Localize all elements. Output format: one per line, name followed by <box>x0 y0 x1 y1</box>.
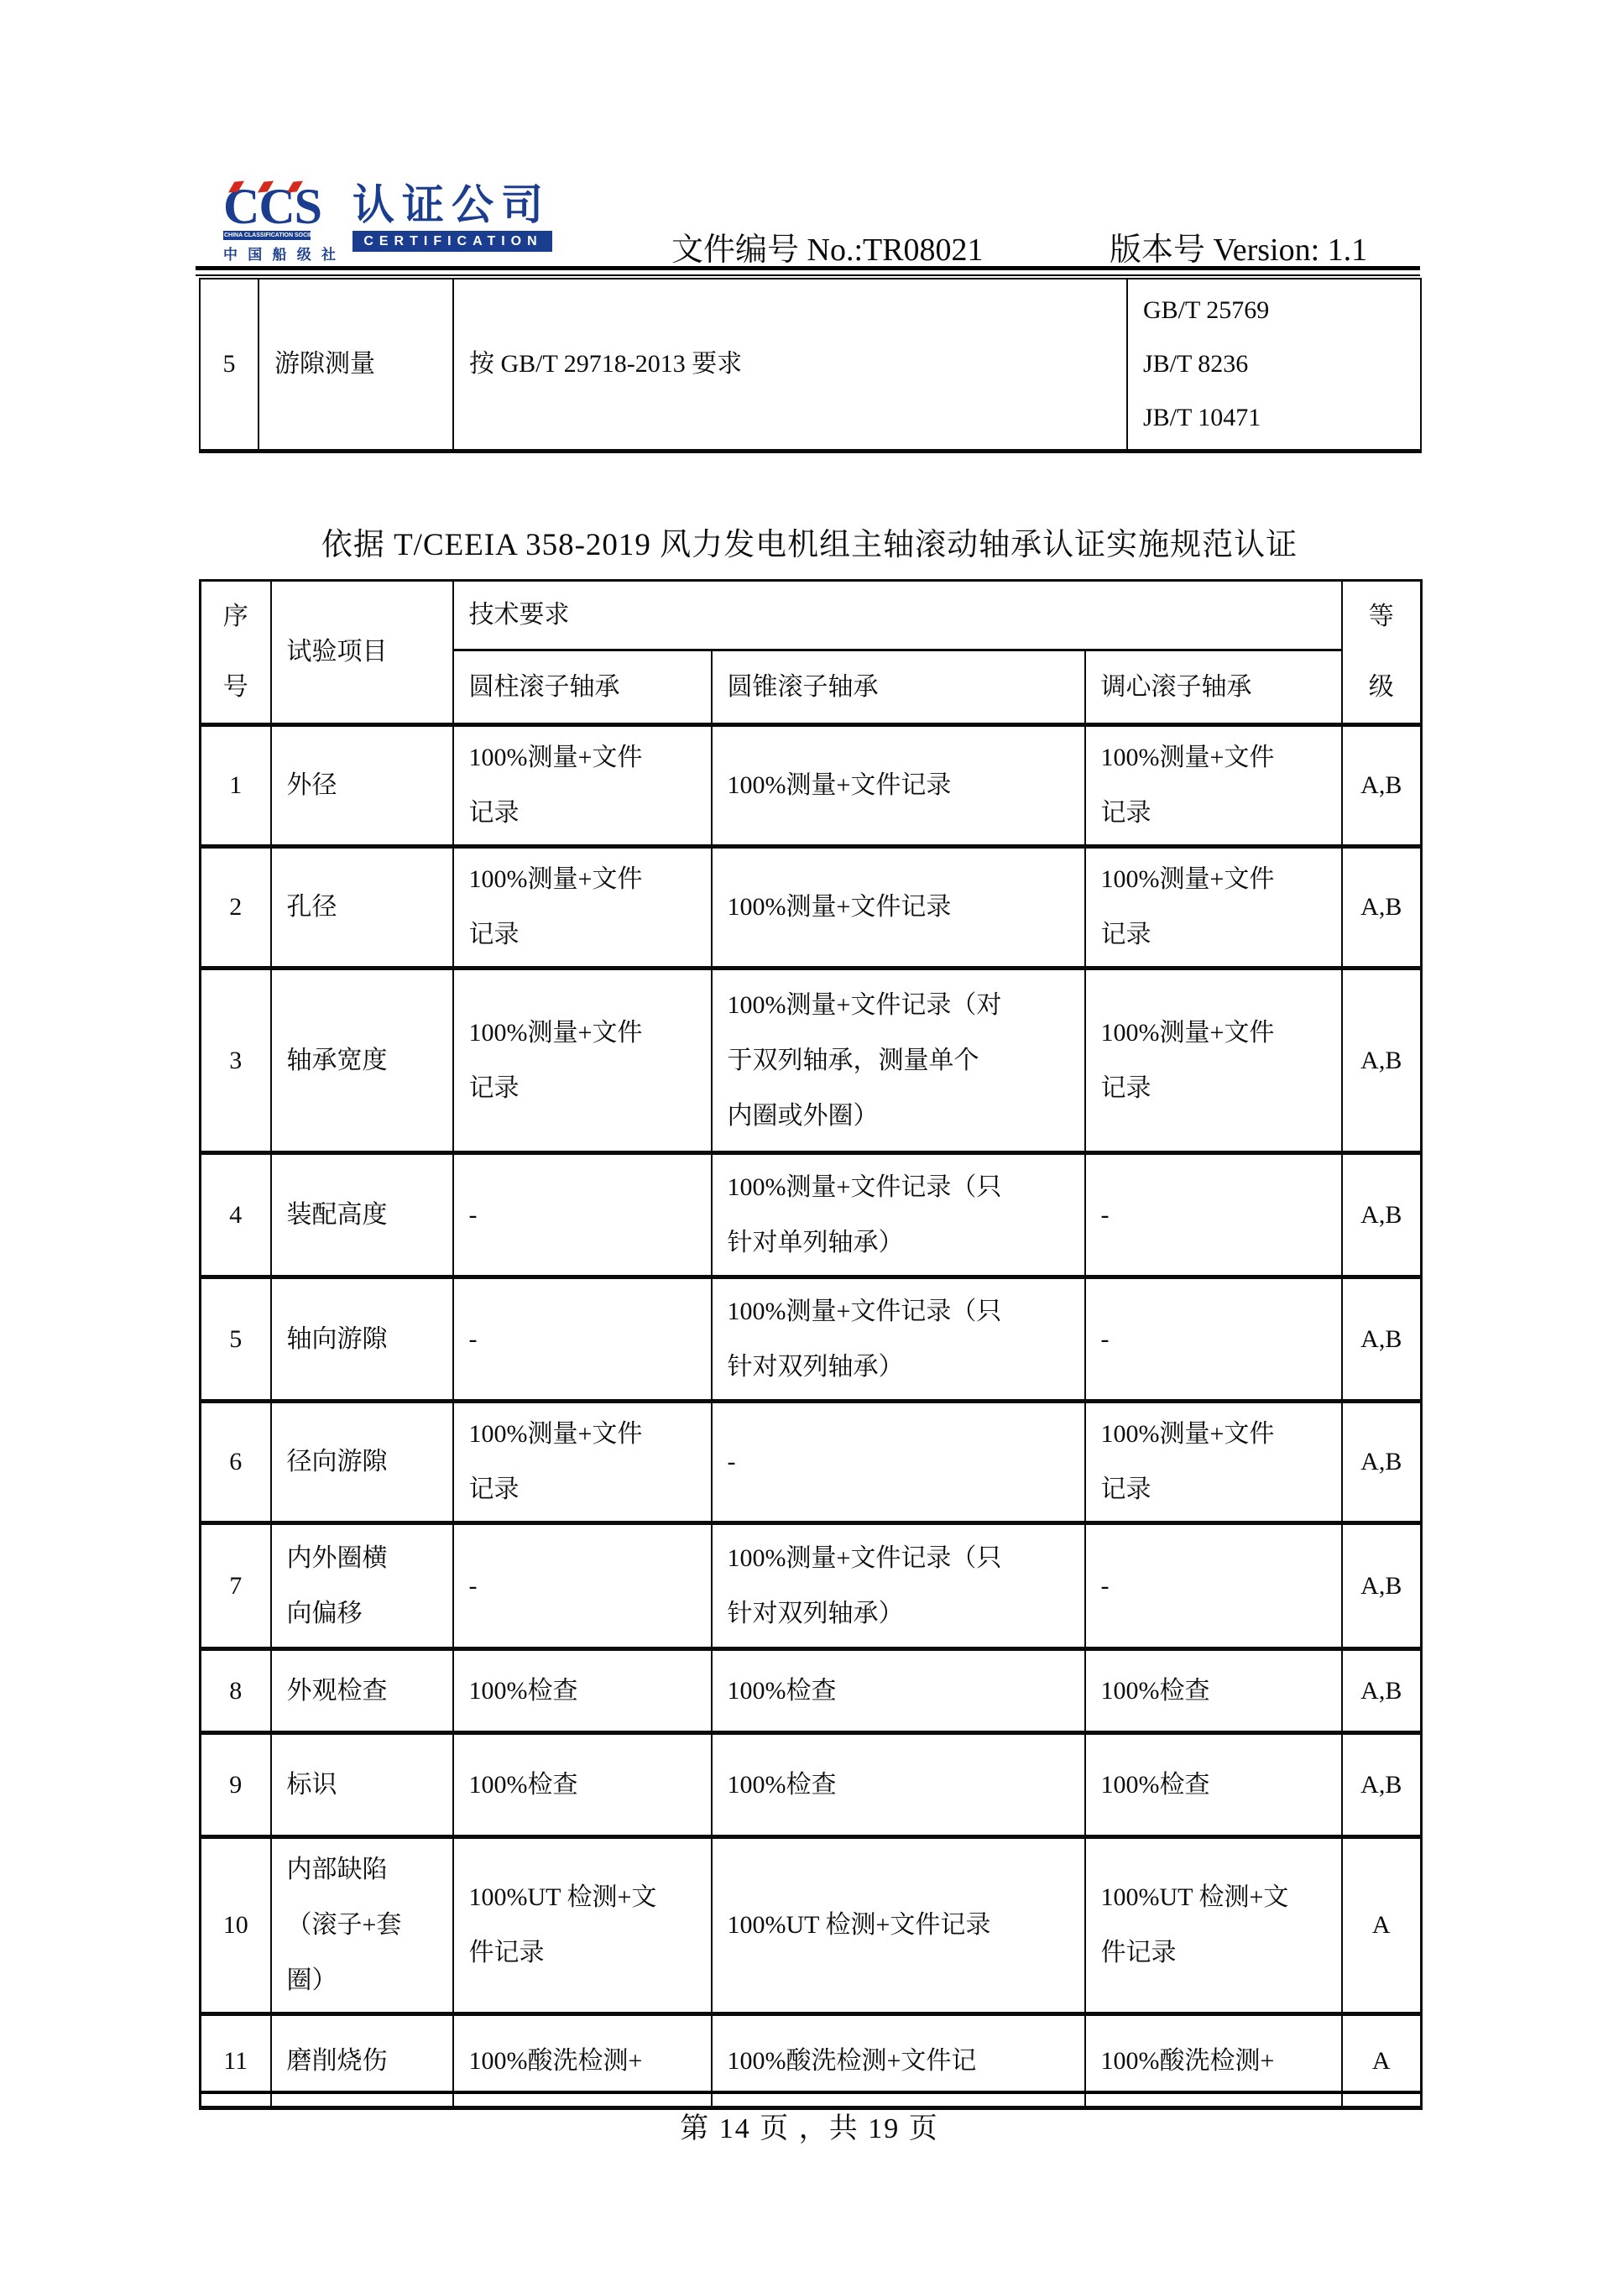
cell-tapered: 100%测量+文件记录（只 针对单列轴承） <box>712 1153 1085 1277</box>
cell-tapered: 100%测量+文件记录 <box>712 725 1085 847</box>
cell-grade: A,B <box>1342 1277 1422 1402</box>
cell-test-item: 轴承宽度 <box>271 969 453 1153</box>
cell-test-item: 外观检查 <box>271 1649 453 1733</box>
cell-row-number: 4 <box>201 1153 271 1277</box>
cell-tapered: 100%测量+文件记录 <box>712 847 1085 969</box>
document-version: 版本号 Version: 1.1 <box>1110 223 1367 269</box>
cell-grade: A,B <box>1342 847 1422 969</box>
col-header-tech-requirements: 技术要求 <box>453 581 1342 650</box>
cell-row-number: 1 <box>201 725 271 847</box>
cell-spherical: 100%检查 <box>1085 1733 1342 1837</box>
cell-test-item: 内外圈横 向偏移 <box>271 1523 453 1649</box>
header-row-tech: 序 号 试验项目 技术要求 等 级 <box>201 581 1422 650</box>
logo-left-column: CHINA CLASSIFICATION SOCIETY 中 国 船 级 社 <box>223 231 339 264</box>
col-header-tapered: 圆锥滚子轴承 <box>712 650 1085 725</box>
table-row: 9 标识 100%检查 100%检查 100%检查 A,B <box>201 1733 1422 1837</box>
cell-spherical: - <box>1085 1523 1342 1649</box>
cell-grade: A,B <box>1342 1733 1422 1837</box>
cell-cylindrical: 100%UT 检测+文 件记录 <box>453 1837 712 2014</box>
cell-test-item: 装配高度 <box>271 1153 453 1277</box>
cell-tapered: - <box>712 1402 1085 1523</box>
cell-spherical: 100%测量+文件 记录 <box>1085 1402 1342 1523</box>
cell-row-number: 3 <box>201 969 271 1153</box>
cell-grade: A,B <box>1342 1153 1422 1277</box>
table-row: 4 装配高度 - 100%测量+文件记录（只 针对单列轴承） - A,B <box>201 1153 1422 1277</box>
cell-spherical: 100%测量+文件 记录 <box>1085 847 1342 969</box>
cell-test-item: 轴向游隙 <box>271 1277 453 1402</box>
cell-row-number: 5 <box>201 1277 271 1402</box>
cell-spherical: 100%检查 <box>1085 1649 1342 1733</box>
cell-test-item: 标识 <box>271 1733 453 1837</box>
cell-spherical: 100%测量+文件 记录 <box>1085 969 1342 1153</box>
carryover-table: 5 游隙测量 按 GB/T 29718-2013 要求 GB/T 25769 J… <box>199 278 1422 453</box>
table-row: 2 孔径 100%测量+文件 记录 100%测量+文件记录 100%测量+文件 … <box>201 847 1422 969</box>
cell-row-number: 7 <box>201 1523 271 1649</box>
table-row: 5 轴向游隙 - 100%测量+文件记录（只 针对双列轴承） - A,B <box>201 1277 1422 1402</box>
cell-grade: A,B <box>1342 1402 1422 1523</box>
table-row: 6 径向游隙 100%测量+文件 记录 - 100%测量+文件 记录 A,B <box>201 1402 1422 1523</box>
table-row: 8 外观检查 100%检查 100%检查 100%检查 A,B <box>201 1649 1422 1733</box>
page-number: 第 14 页 ，共 19 页 <box>199 2105 1420 2146</box>
table-row: 1 外径 100%测量+文件 记录 100%测量+文件记录 100%测量+文件 … <box>201 725 1422 847</box>
col-header-grade: 等 级 <box>1342 581 1422 725</box>
section-title: 依据 T/CEEIA 358-2019 风力发电机组主轴滚动轴承认证实施规范认证 <box>199 519 1420 564</box>
cell-grade: A,B <box>1342 725 1422 847</box>
cell-tapered: 100%测量+文件记录（对 于双列轴承，测量单个 内圈或外圈） <box>712 969 1085 1153</box>
table-row: 7 内外圈横 向偏移 - 100%测量+文件记录（只 针对双列轴承） - A,B <box>201 1523 1422 1649</box>
cell-spherical: - <box>1085 1153 1342 1277</box>
cell-grade: A,B <box>1342 1649 1422 1733</box>
cell-spherical: 100%UT 检测+文 件记录 <box>1085 1837 1342 2014</box>
cell-test-item: 孔径 <box>271 847 453 969</box>
cell-cylindrical: 100%测量+文件 记录 <box>453 725 712 847</box>
header-rule-thick <box>196 266 1420 270</box>
logo-company-name: 认证公司 <box>352 183 552 227</box>
col-header-item: 试验项目 <box>271 581 453 725</box>
cell-row-number: 6 <box>201 1402 271 1523</box>
ccs-logo: CCS 认证公司 CHINA CLASSIFICATION SOCIETY 中 … <box>223 183 552 264</box>
cell-row-number: 5 <box>200 279 258 451</box>
col-header-cylindrical: 圆柱滚子轴承 <box>453 650 712 725</box>
cell-cylindrical: 100%测量+文件 记录 <box>453 1402 712 1523</box>
cell-cylindrical: - <box>453 1523 712 1649</box>
cell-cylindrical: 100%检查 <box>453 1649 712 1733</box>
ccs-wordmark: CCS <box>223 186 339 227</box>
cell-tapered: 100%检查 <box>712 1649 1085 1733</box>
document-number: 文件编号 No.:TR08021 <box>671 223 984 269</box>
header-rule-thin <box>196 274 1420 276</box>
cell-cylindrical: 100%测量+文件 记录 <box>453 847 712 969</box>
footer-rule <box>199 2091 1420 2094</box>
cell-test-item: 内部缺陷 （滚子+套 圈） <box>271 1837 453 2014</box>
cell-cylindrical: 100%测量+文件 记录 <box>453 969 712 1153</box>
table-row: 5 游隙测量 按 GB/T 29718-2013 要求 GB/T 25769 J… <box>200 279 1421 451</box>
cell-row-number: 9 <box>201 1733 271 1837</box>
cell-tapered: 100%检查 <box>712 1733 1085 1837</box>
certification-table: 序 号 试验项目 技术要求 等 级 圆柱滚子轴承 圆锥滚子轴承 调心滚子轴承 1… <box>199 579 1423 2110</box>
cell-standards: GB/T 25769 JB/T 8236 JB/T 10471 <box>1127 279 1421 451</box>
document-page: CCS 认证公司 CHINA CLASSIFICATION SOCIETY 中 … <box>0 0 1624 2277</box>
cell-cylindrical: 100%检查 <box>453 1733 712 1837</box>
cell-cylindrical: - <box>453 1153 712 1277</box>
cell-test-item: 外径 <box>271 725 453 847</box>
cell-spherical: - <box>1085 1277 1342 1402</box>
table-row: 10 内部缺陷 （滚子+套 圈） 100%UT 检测+文 件记录 100%UT … <box>201 1837 1422 2014</box>
cell-spherical: 100%测量+文件 记录 <box>1085 725 1342 847</box>
cell-tapered: 100%测量+文件记录（只 针对双列轴承） <box>712 1523 1085 1649</box>
cell-tapered: 100%测量+文件记录（只 针对双列轴承） <box>712 1277 1085 1402</box>
cell-test-item: 游隙测量 <box>258 279 453 451</box>
cell-grade: A,B <box>1342 969 1422 1153</box>
cell-test-item: 径向游隙 <box>271 1402 453 1523</box>
cell-grade: A <box>1342 1837 1422 2014</box>
cell-requirement: 按 GB/T 29718-2013 要求 <box>453 279 1127 451</box>
cell-tapered: 100%UT 检测+文件记录 <box>712 1837 1085 2014</box>
col-header-no: 序 号 <box>201 581 271 725</box>
table-row: 3 轴承宽度 100%测量+文件 记录 100%测量+文件记录（对 于双列轴承，… <box>201 969 1422 1153</box>
logo-society-cn: 中 国 船 级 社 <box>223 243 339 264</box>
cell-row-number: 10 <box>201 1837 271 2014</box>
cell-cylindrical: - <box>453 1277 712 1402</box>
cell-grade: A,B <box>1342 1523 1422 1649</box>
logo-certification-banner: CERTIFICATION <box>352 231 552 252</box>
col-header-spherical: 调心滚子轴承 <box>1085 650 1342 725</box>
cell-row-number: 8 <box>201 1649 271 1733</box>
cell-row-number: 2 <box>201 847 271 969</box>
